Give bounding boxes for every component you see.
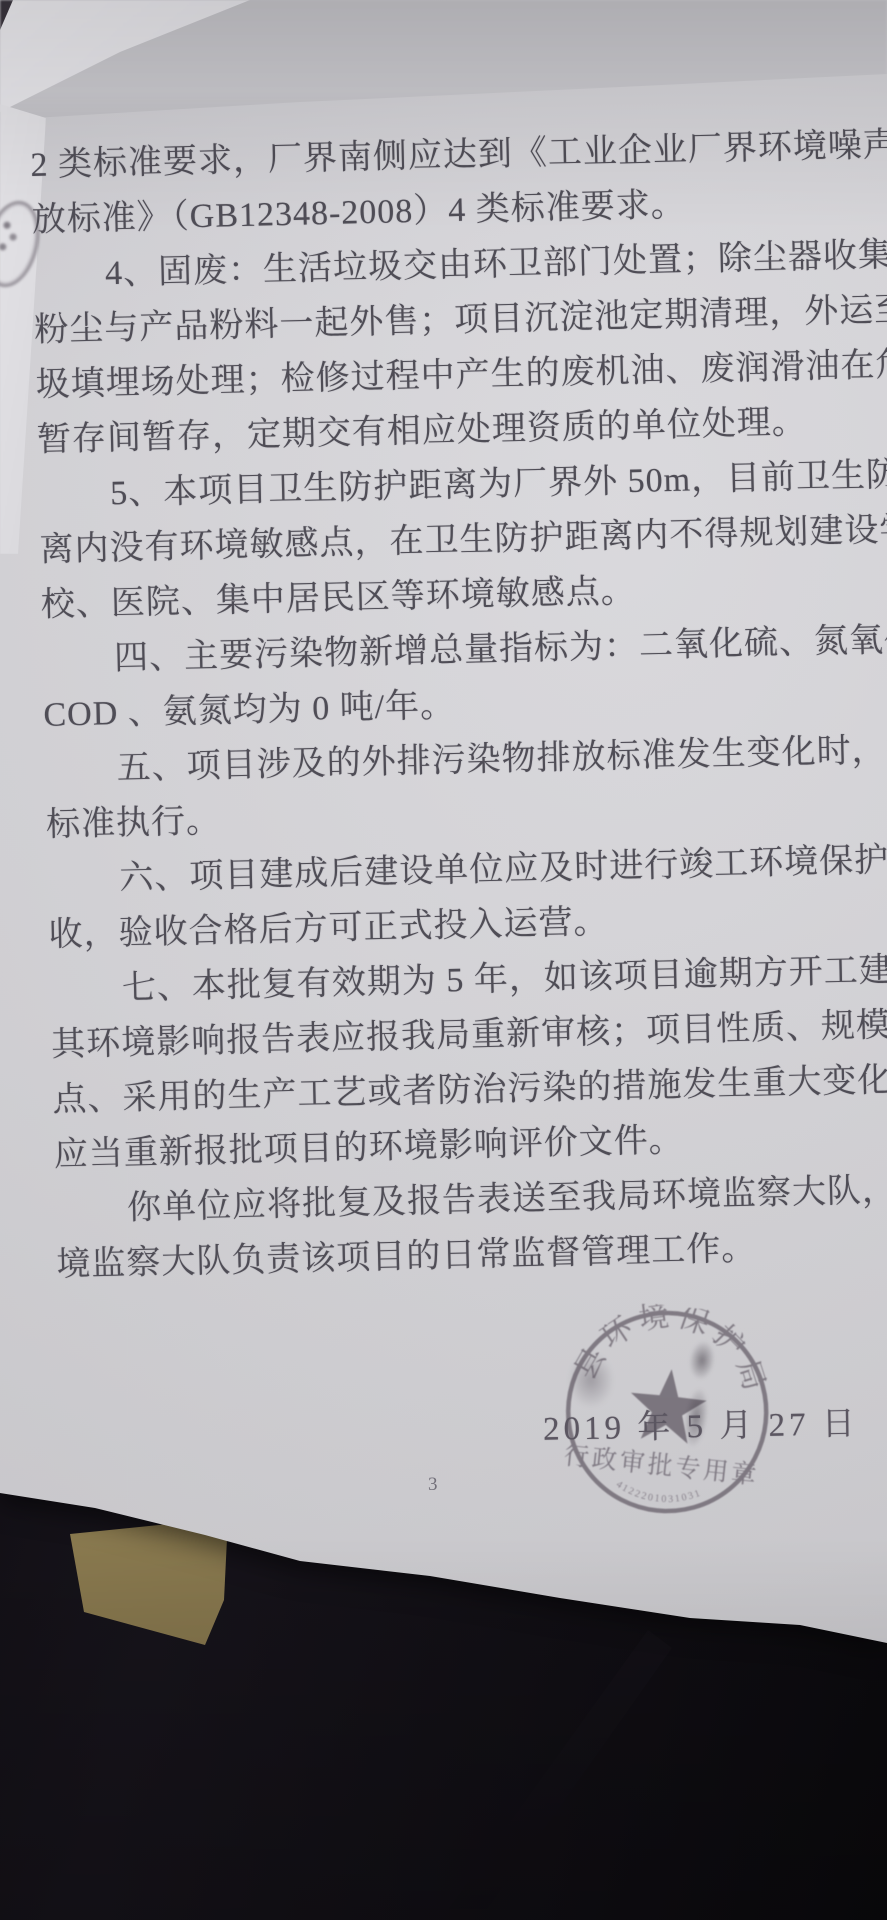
seal-illegible-smudge (568, 1352, 614, 1408)
paper-sheet: 2 类标准要求，厂界南侧应达到《工业企业厂界环境噪声排 放标准》（GB12348… (0, 0, 887, 1700)
approval-date: 2019 年 5 月 27 日 (543, 1397, 860, 1450)
document-text: 2 类标准要求，厂界南侧应达到《工业企业厂界环境噪声排 放标准》（GB12348… (30, 123, 887, 1297)
paper-sheet-wrap: 2 类标准要求，厂界南侧应达到《工业企业厂界环境噪声排 放标准》（GB12348… (0, 0, 887, 1920)
photo-of-document: 2 类标准要求，厂界南侧应达到《工业企业厂界环境噪声排 放标准》（GB12348… (0, 0, 887, 1920)
page-number: 3 (428, 1474, 438, 1496)
